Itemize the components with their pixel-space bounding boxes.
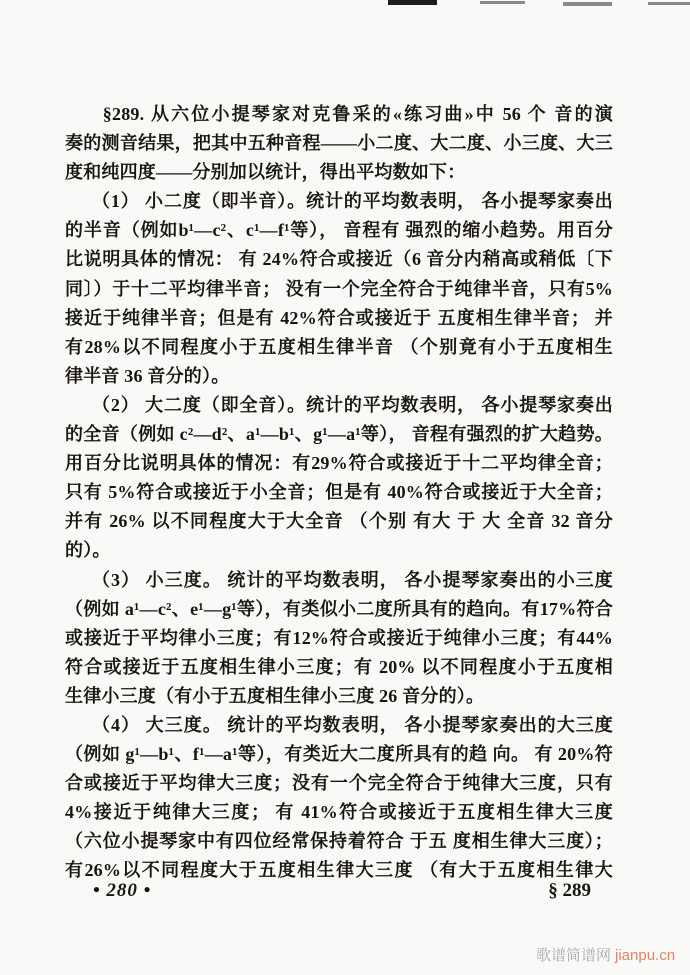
- text-line: 生律小三度（有小于五度相生律小三度 26 音分的）。: [65, 682, 613, 711]
- section-reference: § 289: [548, 880, 613, 902]
- text-line: 的全音（例如 c²—d²、a¹—b¹、g¹—a¹等）， 音程有强烈的扩大趋势。: [65, 420, 613, 449]
- page-footer: • 280 • § 289: [65, 878, 613, 904]
- text-line: §289. 从六位小提琴家对克鲁采的«练习曲»中 56 个 音的演: [65, 100, 613, 129]
- watermark-site-url: jianpu.cn: [615, 947, 675, 964]
- scanned-book-page: §289. 从六位小提琴家对克鲁采的«练习曲»中 56 个 音的演奏的测音结果，…: [0, 0, 690, 975]
- text-line: 度和纯四度——分别加以统计，得出平均数如下：: [65, 158, 613, 187]
- text-line: （例如 g¹—b¹、f¹—a¹等），有类近大二度所具有的趋 向。 有 20%符: [65, 740, 613, 769]
- top-edge-mark: [388, 0, 437, 5]
- text-line: 合或接近于平均律大三度；没有一个完全符合于纯律大三度，只有: [65, 769, 613, 798]
- text-line: 奏的测音结果，把其中五种音程——小二度、大二度、小三度、大三: [65, 129, 613, 158]
- site-watermark: 歌谱简谱网jianpu.cn: [536, 944, 675, 965]
- top-edge-mark: [563, 2, 612, 6]
- text-line: （例如 a¹—c²、e¹—g¹等），有类似小二度所具有的趋向。有17%符合: [65, 595, 613, 624]
- text-line: 用百分比说明具体的情况：有29%符合或接近于十二平均律全音；: [65, 449, 613, 478]
- watermark-site-name: 歌谱简谱网: [536, 947, 611, 964]
- text-line: （2） 大二度（即全音）。统计的平均数表明， 各小提琴家奏出: [65, 391, 613, 420]
- text-line: 符合或接近于五度相生律小三度；有 20% 以不同程度小于五度相: [65, 653, 613, 682]
- text-line: （3） 小三度。 统计的平均数表明， 各小提琴家奏出的小三度: [65, 566, 613, 595]
- body-text: §289. 从六位小提琴家对克鲁采的«练习曲»中 56 个 音的演奏的测音结果，…: [65, 100, 613, 886]
- text-line: （六位小提琴家中有四位经常保持着符合 于五 度相生律大三度）；: [65, 827, 613, 856]
- text-line: 或接近于平均律小三度；有12%符合或接近于纯律小三度；有44%: [65, 624, 613, 653]
- text-line: 比说明具体的情况： 有 24%符合或接近（6 音分内稍高或稍低〔下: [65, 245, 613, 274]
- text-line: 有28%以不同程度小于五度相生律半音 （个别竟有小于五度相生: [65, 333, 613, 362]
- text-line: 的）。: [65, 536, 613, 565]
- text-line: 接近于纯律半音；但是有 42%符合或接近于 五度相生律半音； 并: [65, 304, 613, 333]
- text-line: （4） 大三度。 统计的平均数表明， 各小提琴家奏出的大三度: [65, 711, 613, 740]
- top-edge-mark: [648, 2, 690, 5]
- text-line: 同〕）于十二平均律半音； 没有一个完全符合于纯律半音，只有5%: [65, 275, 613, 304]
- top-edge-mark: [480, 1, 525, 4]
- text-line: 的半音（例如b¹—c²、c¹—f¹等）， 音程有 强烈的缩小趋势。用百分: [65, 216, 613, 245]
- text-line: 4%接近于纯律大三度； 有 41%符合或接近于五度相生律大三度: [65, 798, 613, 827]
- page-number: • 280 •: [65, 880, 151, 902]
- text-line: 律半音 36 音分的）。: [65, 362, 613, 391]
- text-line: （1） 小二度（即半音）。统计的平均数表明， 各小提琴家奏出: [65, 187, 613, 216]
- text-line: 并有 26% 以不同程度大于大全音 （个别 有大 于 大 全音 32 音分: [65, 507, 613, 536]
- text-line: 只有 5%符合或接近于小全音；但是有 40%符合或接近于大全音；: [65, 478, 613, 507]
